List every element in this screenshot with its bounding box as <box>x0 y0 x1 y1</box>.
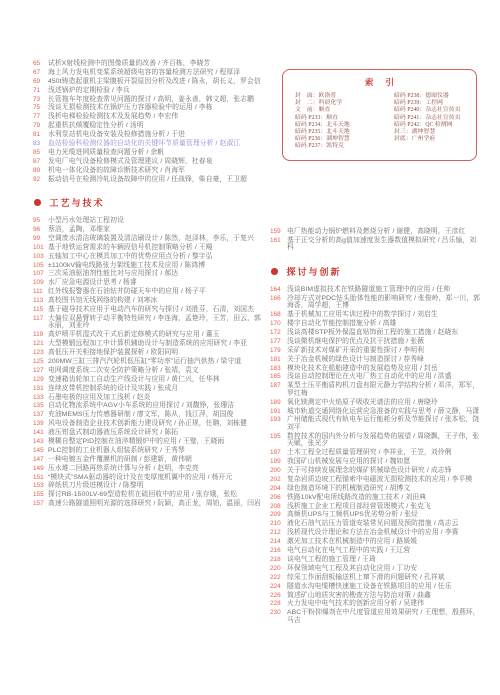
entry-title: 五轴加工中心在模具加工中的优势应用点分析 / 黎宇弘 <box>48 253 262 261</box>
entry-title: 基于机械加工应用实训过程中的数学探讨 / 刘启生 <box>287 311 483 319</box>
page-number: 79 <box>33 122 48 130</box>
toc-entry: 228火力发电中电气技术的创新应用分析 / 吴建伟 <box>270 600 483 608</box>
page-number: 67 <box>33 69 48 77</box>
entry-title: 起重机抗倾覆稳定性分析 / 汤明 <box>48 122 262 130</box>
entry-title: 振动信号在检测冷轧设备故障中的应用 / 任战锋，柴自豪，王卫超 <box>48 176 262 184</box>
page-number: 119 <box>33 331 48 339</box>
entry-title: 浅析施工企业工程项目部经营管理模式 / 张克飞 <box>287 503 483 511</box>
page-number: 89 <box>33 167 48 175</box>
page-number: 226 <box>270 592 287 600</box>
toc-entry: 200关于可持续发展理念的煤矿机械绿色设计研究 / 成志锋 <box>270 467 483 475</box>
page-number: 153 <box>33 482 48 490</box>
index-box-columns: 封 面：欧洛普封 二：科晨化学文 前：顺直暗码 P233：顺直暗码 P234：北… <box>283 88 476 151</box>
page-number: 141 <box>33 429 48 437</box>
toc-entry: 103五轴加工中心在模具加工中的优势应用点分析 / 黎宇弘 <box>33 253 262 261</box>
toc-entry: 73长管拖车年度检查常见问题的探讨 / 高明，姜永善，韩文超，张志鹏 <box>33 96 262 104</box>
page-number: 197 <box>270 449 287 457</box>
page-number: 77 <box>33 113 48 121</box>
toc-entry: 99空调废水清洁玻璃装置及清洁刷设计 / 陈然，赵泽林，李乐，于复兴 <box>33 235 262 243</box>
toc-entry: 151“模块式”SMA驱动器的设计及在变厚度机翼中的应用 / 杨开元 <box>33 474 262 482</box>
entry-title: 模糊自整定PID控制在油淬精锻炉中的应用 / 王璧，王晓雨 <box>48 438 262 446</box>
entry-title: 浅谈无损检测技术在锅炉压力容器检验中的运用 / 李栋 <box>48 104 262 112</box>
toc-entry: 183模块化技术在船舶建造中的发展趋势及应用 / 封岳 <box>270 365 483 373</box>
toc-entry: 115基于磁导技术应用于电动汽车的研究与探讨 / 刘胜芬，石清，刘国杰 <box>33 306 262 314</box>
page-number: 85 <box>33 149 48 157</box>
page-number: 230 <box>270 609 287 617</box>
toc-entry: 155探讨RB-1500LV-69型造粒机在硫回收中的应用 / 张存娥，张松 <box>33 491 262 499</box>
left-column: 65试析X射线检测中的图像质量的改善 / 齐百栋，李晓芳67海上风力发电机变桨系… <box>33 60 262 509</box>
entry-title: 浅析电梯检验检测技术及发展趋势 / 李宏伟 <box>48 113 262 121</box>
page-number: 107 <box>33 270 48 278</box>
entry-title: 城市轨道交通网络化运营应急准备的实践与思考 / 薛文静，马潇 <box>287 408 483 416</box>
page-number: 212 <box>270 529 287 537</box>
page-number: 214 <box>270 538 287 546</box>
entry-title: 环保领域电气工程及其自动化应用 / 丁功安 <box>287 565 483 573</box>
toc-entry: 209高频机UPS与工频机UPS优劣势分析 / 张烃 <box>270 511 483 519</box>
page-number: 121 <box>33 340 48 348</box>
page-number: 209 <box>270 511 287 519</box>
toc-entry: 95小型污水处理站工程初设 <box>33 217 262 225</box>
page-number: 220 <box>270 565 287 573</box>
entry-title: 浅谈高楼STP板外保温直贴饰面工程的施工措施 / 赵晓东 <box>287 329 483 337</box>
toc-entry: 85电力光缆进网质量检查问题分析 / 余帆 <box>33 149 262 157</box>
page-number: 145 <box>33 447 48 455</box>
page-number: 149 <box>33 465 48 473</box>
left-entries-top: 65试析X射线检测中的图像质量的改善 / 齐百栋，李晓芳67海上风力发电机变桨系… <box>33 60 262 183</box>
page-number: 172 <box>270 329 287 337</box>
index-item: 暗码 P233：顺直 <box>295 115 394 122</box>
page-number: 224 <box>270 583 287 591</box>
toc-entry: 137充油MEMS压力传感器研制 / 廖文军，陈从，钱江萍，胡国俊 <box>33 411 262 419</box>
index-item: 封底：广州学府 <box>394 136 461 143</box>
index-item: 暗码 P237：凯特克 <box>295 143 394 150</box>
toc-entry: 202复杂岩质边坡工程锚索中电磁波无损检测技术的应用 / 李平模 <box>270 476 483 484</box>
toc-entry: 119高炉喷平机湿式改干式后新定修模式的研究与应用 / 董玉 <box>33 331 262 339</box>
page-number: 101 <box>33 244 48 252</box>
page-number: 117 <box>33 315 48 323</box>
toc-entry: 166冷却方式对PDC钻头胎体性能的影响研究 / 张俊岭，郑一川，郭海香，周学超… <box>270 295 483 310</box>
toc-entry: 129变速箱齿轮加工自动生产线设计与应用 / 黄仁兴，任华林 <box>33 376 262 384</box>
page-number: 170 <box>270 320 287 328</box>
toc-entry: 179采矿新技术对煤矿开采的重要性探讨 / 李明利 <box>270 347 483 355</box>
entry-title: 红外线报警器在石油钻井防碰天车中的应用 / 杨子平 <box>48 288 262 296</box>
toc-entry: 187某型土压平衡盾构机刀盘有限元静力学结构分析 / 邓洋，郑军，罗红梅 <box>270 382 483 397</box>
page-number: 143 <box>33 438 48 446</box>
page-number: 222 <box>270 574 287 582</box>
page-number: 73 <box>33 96 48 104</box>
entry-title: 探讨RB-1500LV-69型造粒机在硫回收中的应用 / 张存娥，张松 <box>48 491 262 499</box>
page-number: 103 <box>33 253 48 261</box>
toc-entry: 157高速公路隧道照明光源的选择研究 / 阮颖，高正龙，周铂，温丽，闫岩 <box>33 500 262 508</box>
toc-entry: 109水厂应急电源设计思考 / 杨睿 <box>33 279 262 287</box>
entry-title: 复杂岩质边坡工程锚索中电磁波无损检测技术的应用 / 李平模 <box>287 476 483 484</box>
page-number: 191 <box>270 408 287 416</box>
toc-entry: 159电厂热能动力锅炉燃料及燃烧分析 / 谢健，高晓明，王彦红 <box>270 228 483 236</box>
page-number: 137 <box>33 411 48 419</box>
toc-entry: 189氧化镁测定中火焰原子吸收光谱法的应用 / 唐晓玲 <box>270 399 483 407</box>
entry-title: 氧化镁测定中火焰原子吸收光谱法的应用 / 唐晓玲 <box>287 399 483 407</box>
entry-title: 高校图书馆无线网络的构建 / 刘寒冰 <box>48 297 262 305</box>
page-number: 216 <box>270 547 287 555</box>
toc-entry: 105±1100kV输电线路张力架线施工技术及应用 / 陈鸿博 <box>33 262 262 270</box>
entry-title: 数控技术的国内外分析与发展趋势的展望 / 周晓飘，王子伟，张天赋，张光夕 <box>287 433 483 448</box>
toc-entry: 164浅谈BIM虚拟技术在铁路隧道施工管理中的应用 / 任帅 <box>270 286 483 294</box>
toc-entry: 89机电一体化设备的故障诊断技术研究 / 肖海军 <box>33 167 262 175</box>
entry-title: 大偏位双悬臂转子动平衡特性研究 / 李连海，孟艳玲，王芳，田云，郭永丽，刘亚玲 <box>48 315 262 330</box>
page-number: 125 <box>33 358 48 366</box>
entry-title: 空调废水清洁玻璃装置及清洁刷设计 / 陈然，赵泽林，李乐，于复兴 <box>48 235 262 243</box>
entry-title: 某型土压平衡盾构机刀盘有限元静力学结构分析 / 邓洋，郑军，罗红梅 <box>287 382 483 397</box>
entry-title: 电力光缆进网质量检查问题分析 / 余帆 <box>48 149 262 157</box>
toc-entry: 195数控技术的国内外分析与发展趋势的展望 / 周晓飘，王子伟，张天赋，张光夕 <box>270 433 483 448</box>
entry-title: 铁路10kV配电所线路改造的施工技术 / 刘田典 <box>287 494 483 502</box>
index-right-list: 暗码 P238：德图仪器暗码 P239：工控网暗码 P240：杂志社宣传页暗码 … <box>394 93 461 151</box>
entry-title: 基于地铁运营需求的车辆段信号机控制策略分析 / 王飚 <box>48 244 262 252</box>
page-number: 155 <box>33 491 48 499</box>
page-number: 200 <box>270 467 287 475</box>
entry-title: 海上风力发电机变桨系统超级电容的容量检测方法研究 / 程厚泽 <box>48 69 262 77</box>
toc-entry: 135自动化物流系统中AGV小车系统的应用探讨 / 刘馥铮，张珊洁 <box>33 402 262 410</box>
page-number: 87 <box>33 158 48 166</box>
entry-title: 浅谈BIM虚拟技术在铁路隧道施工管理中的应用 / 任帅 <box>287 286 483 294</box>
toc-entry: 168基于机械加工应用实训过程中的数学探讨 / 刘启生 <box>270 311 483 319</box>
page-number: 115 <box>33 306 48 314</box>
entry-title: 水厂应急电源设计思考 / 杨睿 <box>48 279 262 287</box>
toc-entry: 65试析X射线检测中的图像质量的改善 / 齐百栋，李晓芳 <box>33 60 262 68</box>
page-number: 183 <box>270 365 287 373</box>
page-number: 202 <box>270 476 287 484</box>
toc-entry: 87发电厂电气设备检修模式及管理建议 / 周晓辉，杜春泉 <box>33 158 262 166</box>
toc-entry: 170楼宇自动化节能控制措施分析 / 高雄 <box>270 320 483 328</box>
entry-title: 简述矿山地质灾害的勘查方法与防治对策 / 曲鑫 <box>287 592 483 600</box>
entry-title: 浅谈自动控制理论在火电厂热工自动化中的应用 / 洪盛 <box>287 373 483 381</box>
toc-entry: 191城市轨道交通网络化运营应急准备的实践与思考 / 薛文静，马潇 <box>270 408 483 416</box>
entry-title: ABC干粉抑爆剂在中尺度管道应用效果研究 / 王理想，殷燕环，马吉 <box>287 609 483 624</box>
entry-title: 关于冶金机械的绿色设计与制造探讨 / 荐秀峰 <box>287 356 483 364</box>
toc-entry: 121大型模锻远程加工中计算机辅助设计与制造系统的应用研究 / 李亚 <box>33 340 262 348</box>
toc-entry: 216电气自动化在电气工程中的实践 / 王辽营 <box>270 547 483 555</box>
entry-title: 450t铸造起重机主梁腹板开裂原因分析及改进 / 陈永，胡长义，罗会信 <box>48 78 262 86</box>
toc-entry: 69450t铸造起重机主梁腹板开裂原因分析及改进 / 陈永，胡长义，罗会信 <box>33 78 262 86</box>
right-entries-top: 159电厂热能动力锅炉燃料及燃烧分析 / 谢健，高晓明，王彦红161基于正交分析… <box>270 228 483 252</box>
page-number: 111 <box>33 288 48 296</box>
toc-entry: 208浅析施工企业工程项目部经营管理模式 / 张克飞 <box>270 503 483 511</box>
entry-title: 机电一体化设备的故障诊断技术研究 / 肖海军 <box>48 167 262 175</box>
toc-entry: 139风电设备制造企业技术创新能力建设研究 / 孙正规，任聃，刘栋健 <box>33 420 262 428</box>
toc-entry: 224隧道水沟电缆槽快速施工设备在铁路项目的应用 / 任乐 <box>270 583 483 591</box>
entry-title: 小型污水处理站工程初设 <box>48 217 262 225</box>
toc-entry: 83血站检验科检测仪器的自动化的关键环节质量管理分析 / 赵淑江 <box>33 140 262 148</box>
page-number: 105 <box>33 262 48 270</box>
page-number: 193 <box>270 416 287 424</box>
page-number: 99 <box>33 235 48 243</box>
entry-title: 土木工程全过程质量管理研究 / 李祥业，王笠，刘伶俐 <box>287 449 483 457</box>
page-number: 168 <box>270 311 287 319</box>
left-entries-main: 95小型污水处理站工程初设96蔡洛，孟陶，邓维家99空调废水清洁玻璃装置及清洁刷… <box>33 217 262 508</box>
entry-title: 石墨电极的应用及加工浅析 / 赵炎 <box>48 394 262 402</box>
toc-entry: 131连续皮带机控制系统的设计及实践 / 张成月 <box>33 385 262 393</box>
entry-title: 液压钳盘式制动器液压系统设计研究 / 陈拓 <box>48 429 262 437</box>
toc-entry: 96蔡洛，孟陶，邓维家 <box>33 226 262 234</box>
entry-title: 基于正交分析的高g值加速度发生器数值模拟研究 / 吕乐愉，刘科 <box>287 237 483 252</box>
entry-title: 自动化物流系统中AGV小车系统的应用探讨 / 刘馥铮，张珊洁 <box>48 402 262 410</box>
section-label-innovation: 探讨与创新 <box>287 265 342 278</box>
entry-title: PLC控制的工业机器人组装系统研究 / 王秀琴 <box>48 447 262 455</box>
page-number: 135 <box>33 402 48 410</box>
page-number: 96 <box>33 226 48 234</box>
entry-title: ±1100kV输电线路张力架线施工技术及应用 / 陈鸿博 <box>48 262 262 270</box>
entry-title: 大型模锻远程加工中计算机辅助设计与制造系统的应用研究 / 李亚 <box>48 340 262 348</box>
entry-title: 浅析现代设计理论和方法在冶金机械设计中的应用 / 李赛 <box>287 529 483 537</box>
entry-title: 长管拖车年度检查常见问题的探讨 / 高明，姜永善，韩文超，张志鹏 <box>48 96 262 104</box>
page-number: 195 <box>270 433 287 441</box>
page-number: 81 <box>33 131 48 139</box>
page-number: 228 <box>270 600 287 608</box>
page-number: 177 <box>270 338 287 346</box>
entry-title: 激光加工技术在机械制造中的应用 / 路媛媛 <box>287 538 483 546</box>
toc-entry: 111红外线报警器在石油钻井防碰天车中的应用 / 杨子平 <box>33 288 262 296</box>
toc-entry: 226简述矿山地质灾害的勘查方法与防治对策 / 曲鑫 <box>270 592 483 600</box>
right-entries-main: 164浅谈BIM虚拟技术在铁路隧道施工管理中的应用 / 任帅166冷却方式对PD… <box>270 286 483 624</box>
entry-title: 200MW三缸三排汽汽轮机低压缸“零功率”运行抽汽供热 / 梁守道 <box>48 358 262 366</box>
toc-page: 索 引 封 面：欧洛普封 二：科晨化学文 前：顺直暗码 P233：顺直暗码 P2… <box>0 0 500 695</box>
toc-entry: 123高低压开关柜接地保护装置探析 / 欧阳同明 <box>33 349 262 357</box>
entry-title: 冷却方式对PDC钻头胎体性能的影响研究 / 张俊岭，郑一川，郭海香，周学超，王博 <box>287 295 483 310</box>
entry-title: 碎纸机刀片级进模设计 / 陈黎明 <box>48 482 262 490</box>
section-label-technology: 工艺与技术 <box>50 196 105 209</box>
toc-entry: 230ABC干粉抑爆剂在中尺度管道应用效果研究 / 王理想，殷燕环，马吉 <box>270 609 483 624</box>
page-number: 159 <box>270 228 287 236</box>
entry-title: 连续皮带机控制系统的设计及实践 / 张成月 <box>48 385 262 393</box>
page-number: 164 <box>270 286 287 294</box>
page-number: 133 <box>33 394 48 402</box>
page-number: 139 <box>33 420 48 428</box>
page-number: 157 <box>33 500 48 508</box>
section-bullet-icon <box>271 268 278 275</box>
toc-entry: 101基于地铁运营需求的车辆段信号机控制策略分析 / 王飚 <box>33 244 262 252</box>
page-number: 218 <box>270 556 287 564</box>
entry-title: 浅谈微机继电保护的优点及抗干扰措施 / 张薇 <box>287 338 483 346</box>
toc-entry: 197土木工程全过程质量管理研究 / 李祥业，王笠，刘伶俐 <box>270 449 483 457</box>
toc-entry: 212浅析现代设计理论和方法在冶金机械设计中的应用 / 李赛 <box>270 529 483 537</box>
page-number: 95 <box>33 217 48 225</box>
page-number: 189 <box>270 399 287 407</box>
page-number: 92 <box>33 176 48 184</box>
entry-title: 风电设备制造企业技术创新能力建设研究 / 孙正规，任聃，刘栋健 <box>48 420 262 428</box>
toc-entry: 220环保领域电气工程及其自动化应用 / 丁功安 <box>270 565 483 573</box>
page-number: 109 <box>33 279 48 287</box>
page-number: 127 <box>33 367 48 375</box>
entry-title: 关于可持续发展理念的煤矿机械绿色设计研究 / 成志锋 <box>287 467 483 475</box>
toc-entry: 181关于冶金机械的绿色设计与制造探讨 / 荐秀峰 <box>270 356 483 364</box>
toc-entry: 71浅述锅炉的定期检验 / 李兵 <box>33 87 262 95</box>
entry-title: 压水堆二回路再热系统计算与分析 / 赵明，李克亮 <box>48 465 262 473</box>
entry-title: 蔡洛，孟陶，邓维家 <box>48 226 262 234</box>
toc-entry: 127电网调度系统二次安全防护策略分析 / 张靖，袁文 <box>33 367 262 375</box>
page-number: 204 <box>270 485 287 493</box>
entry-title: 试析X射线检测中的图像质量的改善 / 齐百栋，李晓芳 <box>48 60 262 68</box>
page-number: 131 <box>33 385 48 393</box>
section-header-innovation: 探讨与创新 <box>271 265 483 278</box>
entry-title: 电网调度系统二次安全防护策略分析 / 张靖，袁文 <box>48 367 262 375</box>
entry-title: 广州储能式现代有轨电车运行能耗分析及节能探讨 / 张本松，饶刘平 <box>287 416 483 431</box>
toc-entry: 147一种电镀五金件覆膜机的研制 / 彭建新，黄伟朝 <box>33 456 262 464</box>
right-column: 159电厂热能动力锅炉燃料及燃烧分析 / 谢健，高晓明，王彦红161基于正交分析… <box>270 228 483 626</box>
index-item: 文 前：顺直 <box>295 107 394 114</box>
page-number: 161 <box>270 237 287 245</box>
entry-title: 血站检验科检测仪器的自动化的关键环节质量管理分析 / 赵淑江 <box>48 140 262 148</box>
entry-title: 采矿新技术对煤矿开采的重要性探讨 / 李明利 <box>287 347 483 355</box>
entry-title: 基于磁导技术应用于电动汽车的研究与探讨 / 刘胜芬，石清，刘国杰 <box>48 306 262 314</box>
entry-title: 高速公路隧道照明光源的选择研究 / 阮颖，高正龙，周铂，温丽，闫岩 <box>48 500 262 508</box>
toc-entry: 113高校图书馆无线网络的构建 / 刘寒冰 <box>33 297 262 305</box>
entry-title: 隧道水沟电缆槽快速施工设备在铁路项目的应用 / 任乐 <box>287 583 483 591</box>
toc-entry: 145PLC控制的工业机器人组装系统研究 / 王秀琴 <box>33 447 262 455</box>
page-number: 185 <box>270 373 287 381</box>
entry-title: 发电厂电气设备检修模式及管理建议 / 周晓辉，杜春泉 <box>48 158 262 166</box>
toc-entry: 193广州储能式现代有轨电车运行能耗分析及节能探讨 / 张本松，饶刘平 <box>270 416 483 431</box>
entry-title: “模块式”SMA驱动器的设计及在变厚度机翼中的应用 / 杨开元 <box>48 474 262 482</box>
toc-entry: 79起重机抗倾覆稳定性分析 / 汤明 <box>33 122 262 130</box>
toc-entry: 77浅析电梯检验检测技术及发展趋势 / 李宏伟 <box>33 113 262 121</box>
page-number: 208 <box>270 503 287 511</box>
index-item: 暗码 P242：QC 检测网 <box>394 122 461 129</box>
entry-title: 火力发电中电气技术的创新应用分析 / 吴建伟 <box>287 600 483 608</box>
index-item: 暗码 P234：北斗天地 <box>295 122 394 129</box>
toc-entry: 222综采工作面刮板输送机上窜下滑的问题研究 / 孔祥斌 <box>270 574 483 582</box>
toc-entry: 206铁路10kV配电所线路改造的施工技术 / 刘田典 <box>270 494 483 502</box>
page-number: 83 <box>33 140 48 148</box>
page-number: 199 <box>270 458 287 466</box>
toc-entry: 107三次采油驱油剂性能比对与应用探讨 / 郝达 <box>33 270 262 278</box>
toc-entry: 141液压钳盘式制动器液压系统设计研究 / 陈拓 <box>33 429 262 437</box>
page-number: 71 <box>33 87 48 95</box>
toc-entry: 199我国矿山机械发展与应用的探讨 / 魏如愿 <box>270 458 483 466</box>
page-number: 75 <box>33 104 48 112</box>
toc-entry: 214激光加工技术在机械制造中的应用 / 路媛媛 <box>270 538 483 546</box>
toc-entry: 177浅谈微机继电保护的优点及抗干扰措施 / 张薇 <box>270 338 483 346</box>
entry-title: 楼宇自动化节能控制措施分析 / 高雄 <box>287 320 483 328</box>
page-number: 210 <box>270 520 287 528</box>
entry-title: 高低压开关柜接地保护装置探析 / 欧阳同明 <box>48 349 262 357</box>
entry-title: 绿色制造环境下的机械制造研究 / 胡博文 <box>287 485 483 493</box>
page-number: 151 <box>33 474 48 482</box>
entry-title: 浅述锅炉的定期检验 / 李兵 <box>48 87 262 95</box>
page-number: 123 <box>33 349 48 357</box>
toc-entry: 172浅谈高楼STP板外保温直贴饰面工程的施工措施 / 赵晓东 <box>270 329 483 337</box>
page-number: 179 <box>270 347 287 355</box>
entry-title: 电厂热能动力锅炉燃料及燃烧分析 / 谢健，高晓明，王彦红 <box>287 228 483 236</box>
section-bullet-icon <box>34 199 41 206</box>
page-number: 65 <box>33 60 48 68</box>
entry-title: 一种电镀五金件覆膜机的研制 / 彭建新，黄伟朝 <box>48 456 262 464</box>
entry-title: 综采工作面刮板输送机上窜下滑的问题研究 / 孔祥斌 <box>287 574 483 582</box>
toc-entry: 161基于正交分析的高g值加速度发生器数值模拟研究 / 吕乐愉，刘科 <box>270 237 483 252</box>
page-number: 206 <box>270 494 287 502</box>
page-number: 113 <box>33 297 48 305</box>
index-item: 暗码 P241：杂志社宣传页 <box>394 115 461 122</box>
page-number: 181 <box>270 356 287 364</box>
toc-entry: 92振动信号在检测冷轧设备故障中的应用 / 任战锋，柴自豪，王卫超 <box>33 176 262 184</box>
entry-title: 我国矿山机械发展与应用的探讨 / 魏如愿 <box>287 458 483 466</box>
entry-title: 变速箱齿轮加工自动生产线设计与应用 / 黄仁兴，任华林 <box>48 376 262 384</box>
toc-entry: 67海上风力发电机变桨系统超级电容的容量检测方法研究 / 程厚泽 <box>33 69 262 77</box>
toc-entry: 218谈电气工程的施工管理 / 王琦 <box>270 556 483 564</box>
entry-title: 高炉喷平机湿式改干式后新定修模式的研究与应用 / 董玉 <box>48 331 262 339</box>
page-number: 147 <box>33 456 48 464</box>
toc-entry: 117大偏位双悬臂转子动平衡特性研究 / 李连海，孟艳玲，王芳，田云，郭永丽，刘… <box>33 315 262 330</box>
entry-title: 高频机UPS与工频机UPS优劣势分析 / 张烃 <box>287 511 483 519</box>
page-number: 187 <box>270 382 287 390</box>
toc-entry: 133石墨电极的应用及加工浅析 / 赵炎 <box>33 394 262 402</box>
index-box: 索 引 封 面：欧洛普封 二：科晨化学文 前：顺直暗码 P233：顺直暗码 P2… <box>282 69 477 161</box>
toc-entry: 149压水堆二回路再热系统计算与分析 / 赵明，李克亮 <box>33 465 262 473</box>
entry-title: 液化石油气站压力管道安装常见问题及预防措施 / 高志云 <box>287 520 483 528</box>
entry-title: 电气自动化在电气工程中的实践 / 王辽营 <box>287 547 483 555</box>
section-header-technology: 工艺与技术 <box>34 196 262 209</box>
entry-title: 模块化技术在船舶建造中的发展趋势及应用 / 封岳 <box>287 365 483 373</box>
index-item: 暗码 P240：杂志社宣传页 <box>394 107 461 114</box>
toc-entry: 185浅谈自动控制理论在火电厂热工自动化中的应用 / 洪盛 <box>270 373 483 381</box>
entry-title: 充油MEMS压力传感器研制 / 廖文军，陈从，钱江萍，胡国俊 <box>48 411 262 419</box>
entry-title: 水利泵站机电设备安装及检修措施分析 / 于进 <box>48 131 262 139</box>
toc-entry: 210液化石油气站压力管道安装常见问题及预防措施 / 高志云 <box>270 520 483 528</box>
toc-entry: 153碎纸机刀片级进模设计 / 陈黎明 <box>33 482 262 490</box>
toc-entry: 75浅谈无损检测技术在锅炉压力容器检验中的运用 / 李栋 <box>33 104 262 112</box>
index-left-list: 封 面：欧洛普封 二：科晨化学文 前：顺直暗码 P233：顺直暗码 P234：北… <box>295 93 394 151</box>
page-number: 69 <box>33 78 48 86</box>
entry-title: 谈电气工程的施工管理 / 王琦 <box>287 556 483 564</box>
page-number: 166 <box>270 295 287 303</box>
entry-title: 三次采油驱油剂性能比对与应用探讨 / 郝达 <box>48 270 262 278</box>
toc-entry: 81水利泵站机电设备安装及检修措施分析 / 于进 <box>33 131 262 139</box>
page-number: 129 <box>33 376 48 384</box>
toc-entry: 143模糊自整定PID控制在油淬精锻炉中的应用 / 王璧，王晓雨 <box>33 438 262 446</box>
toc-entry: 204绿色制造环境下的机械制造研究 / 胡博文 <box>270 485 483 493</box>
index-box-title: 索 引 <box>283 76 476 88</box>
toc-entry: 125200MW三缸三排汽汽轮机低压缸“零功率”运行抽汽供热 / 梁守道 <box>33 358 262 366</box>
